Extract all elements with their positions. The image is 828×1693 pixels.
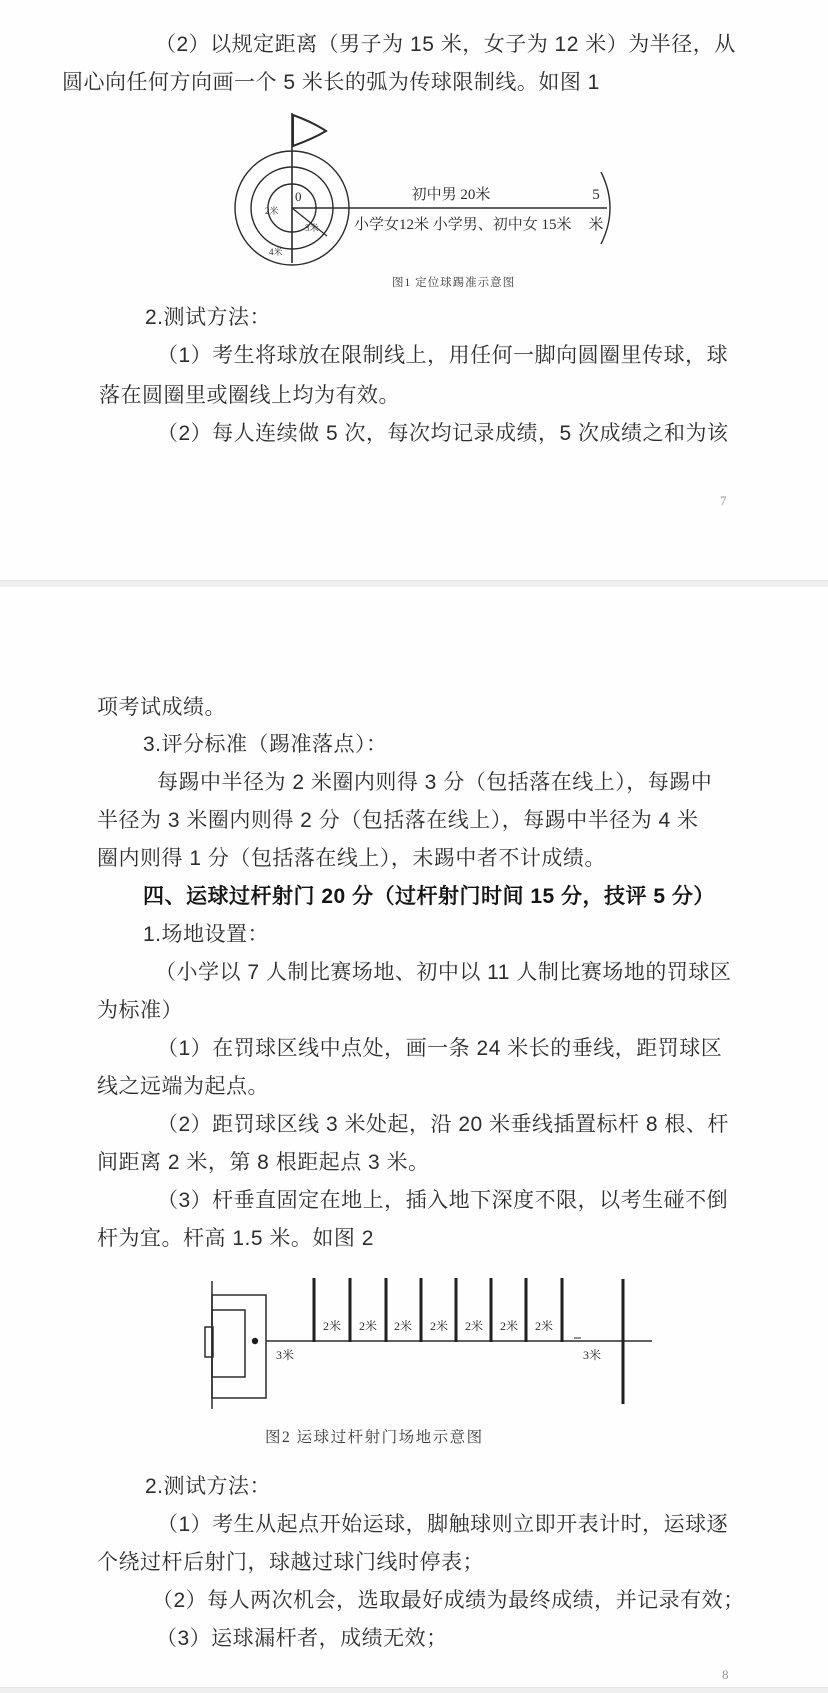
distance-below-label: 小学女12米 小学男、初中女 15米	[354, 216, 572, 233]
page-bottom-edge	[0, 1687, 828, 1693]
page2-text-line-7: （小学以 7 人制比赛场地、初中以 11 人制比赛场地的罚球区	[155, 961, 731, 985]
svg-text:2米: 2米	[500, 1318, 518, 1333]
page2-text-line-6: 1.场地设置：	[143, 923, 269, 947]
page2-text-line-19: （3）运球漏杆者，成绩无效；	[156, 1627, 448, 1651]
page1-text-line-0: （2）以规定距离（男子为 15 米，女子为 12 米）为半径，从	[155, 33, 736, 57]
page1-text-line-5: （2）每人连续做 5 次，每次均记录成绩，5 次成绩之和为该	[157, 422, 729, 446]
page2-text-line-11: （2）距罚球区线 3 米处起，沿 20 米垂线插置标杆 8 根、杆	[157, 1113, 729, 1137]
page2-text-line-12: 间距离 2 米，第 8 根距起点 3 米。	[97, 1151, 430, 1175]
page1-text-line-4: 落在圆圈里或圈线上均为有效。	[99, 384, 400, 408]
center-zero-label: 0	[295, 189, 302, 204]
page2-text-line-13: （3）杆垂直固定在地上，插入地下深度不限，以考生碰不倒	[157, 1189, 728, 1213]
ring-2m-label: 2米	[265, 205, 279, 216]
svg-text:2米: 2米	[394, 1318, 412, 1333]
figure1-caption: 图1 定位球踢准示意图	[392, 274, 515, 290]
flag-icon	[293, 115, 326, 146]
page2-text-line-2: 每踢中半径为 2 米圈内则得 3 分（包括落在线上），每踢中	[157, 771, 712, 795]
page-number-7: 7	[720, 493, 727, 509]
page2-text-line-4: 圈内则得 1 分（包括落在线上），未踢中者不计成绩。	[97, 847, 606, 871]
page2-text-line-5: 四、运球过杆射门 20 分（过杆射门时间 15 分，技评 5 分）	[143, 885, 715, 909]
pole-gap-labels: 2米 2米 2米 2米 2米 2米 2米	[323, 1318, 553, 1333]
svg-text:2米: 2米	[535, 1318, 553, 1333]
figure1-target-diagram: 0 2米 3米 4米 初中男 20米 5 小学女12米 小学男、初中女 15米 …	[230, 110, 630, 285]
page2-text-line-9: （1）在罚球区线中点处，画一条 24 米长的垂线，距罚球区	[157, 1037, 722, 1061]
ring-3m-label: 3米	[305, 222, 319, 233]
page-number-8: 8	[722, 1667, 729, 1683]
page1-text-line-3: （1）考生将球放在限制线上，用任何一脚向圆圈里传球，球	[157, 344, 728, 368]
svg-text:2米: 2米	[430, 1318, 448, 1333]
page2-text-line-14: 杆为宜。杆高 1.5 米。如图 2	[97, 1227, 374, 1251]
distance-above-label: 初中男 20米	[412, 186, 491, 203]
penalty-spot	[252, 1338, 258, 1344]
page2-text-line-17: 个绕过杆后射门，球越过球门线时停表；	[97, 1551, 484, 1575]
start-gap-label: 3米	[276, 1347, 294, 1362]
page2-text-line-15: 2.测试方法：	[145, 1475, 271, 1499]
page-separator	[0, 580, 828, 587]
end-gap-label: 3米	[583, 1347, 601, 1362]
svg-text:2米: 2米	[465, 1318, 483, 1333]
arc-mi-label: 米	[588, 216, 603, 233]
arc-5-label: 5	[592, 187, 600, 203]
goal-diagram	[205, 1281, 266, 1409]
page1-text-line-1: 圆心向任何方向画一个 5 米长的弧为传球限制线。如图 1	[62, 71, 600, 95]
svg-text:2米: 2米	[359, 1318, 377, 1333]
ring-4m-label: 4米	[269, 246, 283, 257]
page2-text-line-0: 项考试成绩。	[97, 696, 226, 720]
page1-text-line-2: 2.测试方法：	[145, 306, 271, 330]
page2-text-line-10: 线之远端为起点。	[97, 1075, 269, 1099]
svg-text:2米: 2米	[323, 1318, 341, 1333]
page2-text-line-18: （2）每人两次机会，选取最好成绩为最终成绩，并记录有效；	[152, 1589, 745, 1613]
figure2-caption: 图2 运球过杆射门场地示意图	[265, 1425, 484, 1447]
page2-text-line-3: 半径为 3 米圈内则得 2 分（包括落在线上），每踢中半径为 4 米	[97, 809, 699, 833]
figure2-field-diagram: 2米 2米 2米 2米 2米 2米 2米 3米 3米	[195, 1268, 675, 1418]
page2-text-line-16: （1）考生从起点开始运球，脚触球则立即开表计时，运球逐	[157, 1513, 728, 1537]
page2-text-line-8: 为标准）	[97, 999, 183, 1023]
page2-text-line-1: 3.评分标准（踢准落点）：	[143, 733, 388, 757]
